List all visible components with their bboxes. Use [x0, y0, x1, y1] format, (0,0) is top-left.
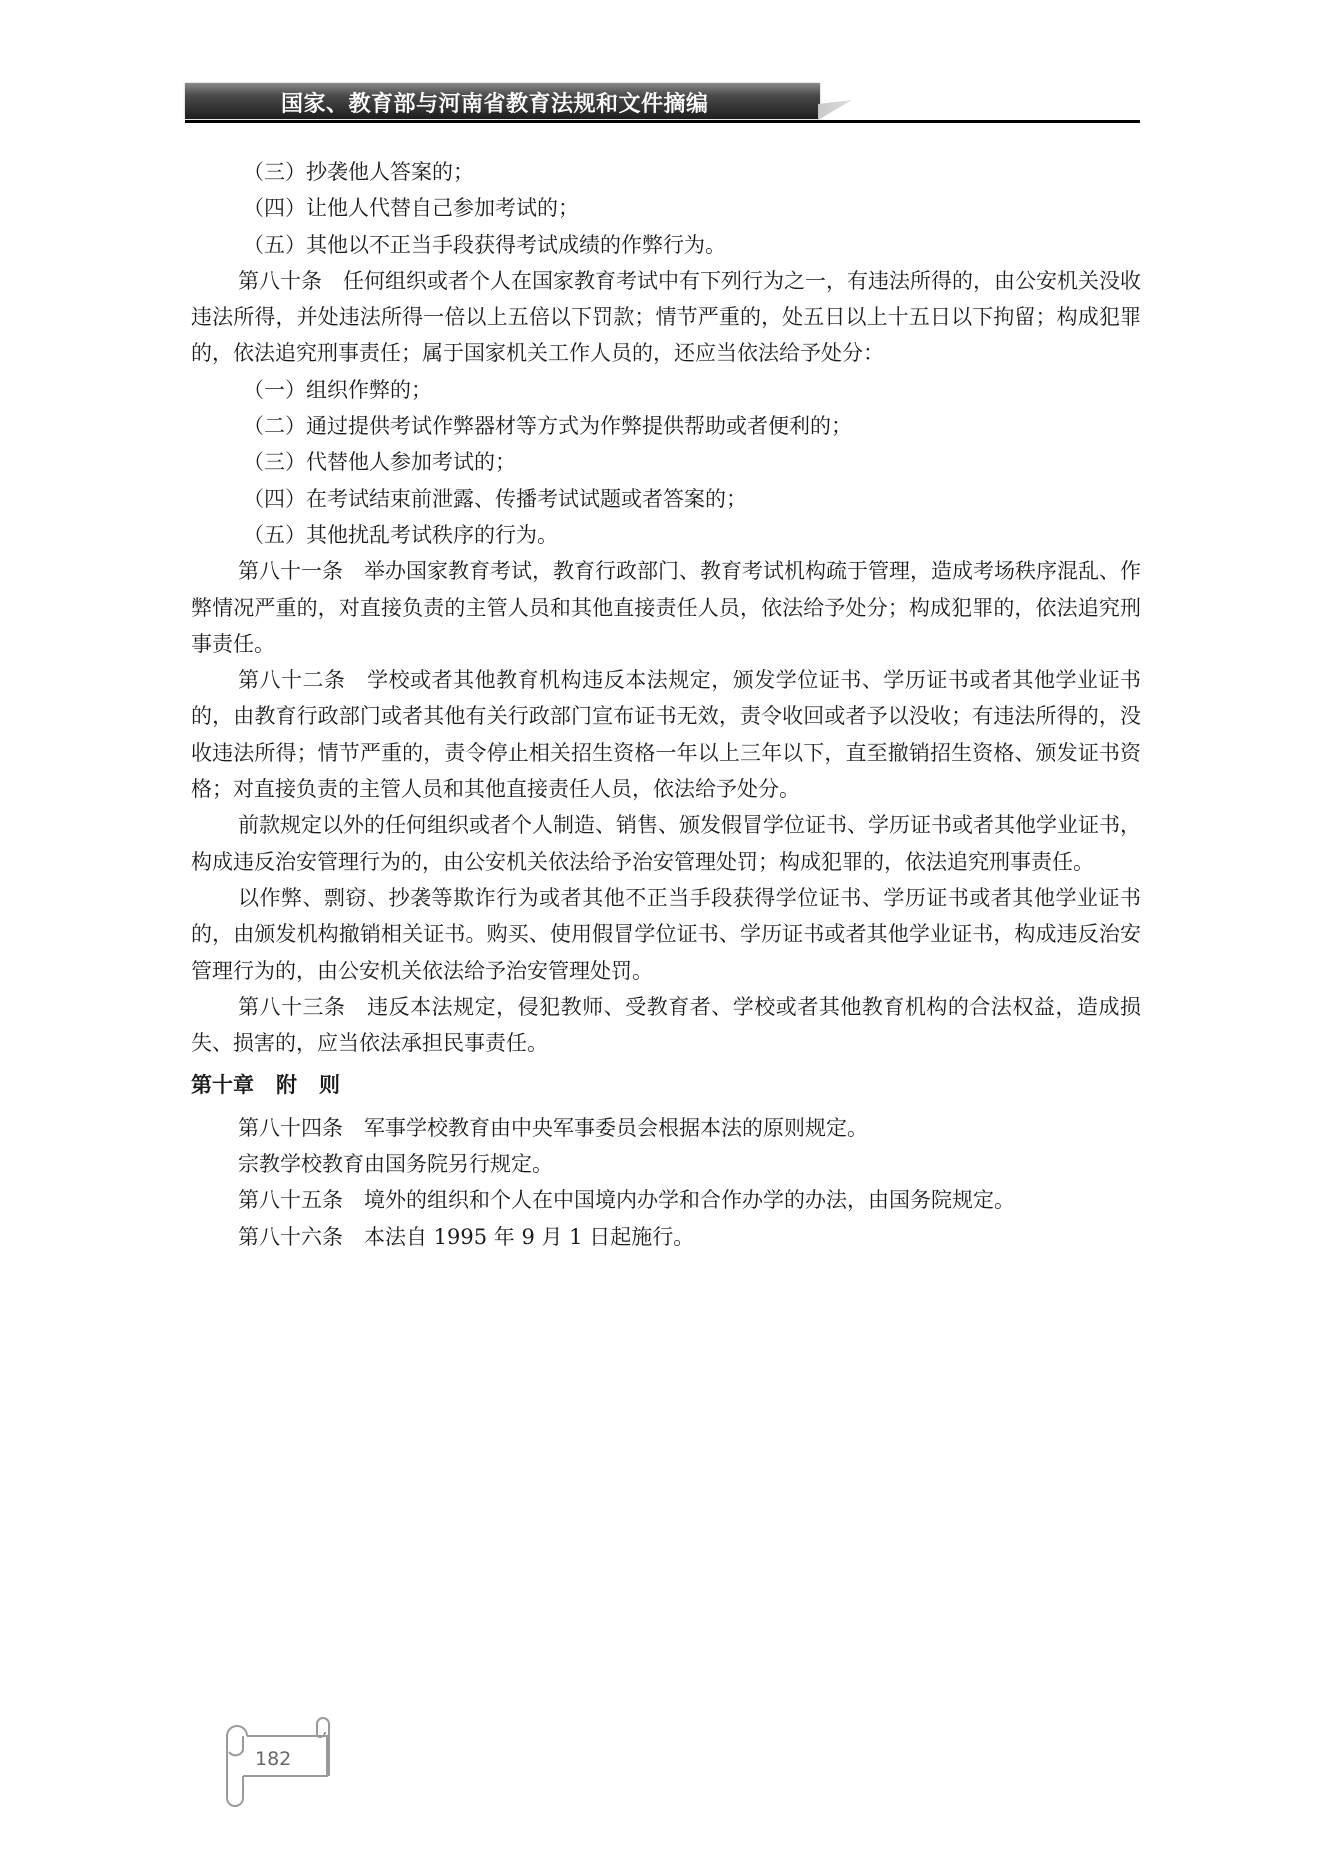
list-item: （五）其他扰乱考试秩序的行为。 — [191, 517, 1141, 553]
article-label: 第八十四条 — [238, 1116, 343, 1140]
article-label: 第八十二条 — [238, 668, 346, 692]
chapter-title-part: 附 — [276, 1072, 297, 1097]
page-body: （三）抄袭他人答案的； （四）让他人代替自己参加考试的； （五）其他以不正当手段… — [191, 154, 1141, 1255]
paragraph: 宗教学校教育由国务院另行规定。 — [191, 1146, 1141, 1182]
list-item: （三）抄袭他人答案的； — [191, 154, 1141, 190]
chapter-title-part: 则 — [319, 1072, 340, 1097]
list-item: （二）通过提供考试作弊器材等方式为作弊提供帮助或者便利的； — [191, 408, 1141, 444]
article-label: 第八十一条 — [238, 559, 343, 583]
list-item: （三）代替他人参加考试的； — [191, 444, 1141, 480]
article-text: 任何组织或者个人在国家教育考试中有下列行为之一，有违法所得的，由公安机关没收违法… — [191, 269, 1141, 366]
article-text: 军事学校教育由中央军事委员会根据本法的原则规定。 — [364, 1116, 868, 1140]
list-item: （一）组织作弊的； — [191, 372, 1141, 408]
header-rule — [185, 120, 1140, 123]
article-83: 第八十三条 违反本法规定，侵犯教师、受教育者、学校或者其他教育机构的合法权益，造… — [191, 989, 1141, 1062]
article-label: 第八十三条 — [238, 995, 346, 1019]
article-label: 第八十六条 — [238, 1225, 343, 1249]
running-header-title: 国家、教育部与河南省教育法规和文件摘编 — [281, 87, 709, 118]
chapter-label: 第十章 — [191, 1072, 254, 1097]
article-81: 第八十一条 举办国家教育考试，教育行政部门、教育考试机构疏于管理，造成考场秩序混… — [191, 553, 1141, 662]
article-80: 第八十条 任何组织或者个人在国家教育考试中有下列行为之一，有违法所得的，由公安机… — [191, 263, 1141, 372]
header-banner-tail — [818, 100, 852, 120]
article-text: 本法自 1995 年 9 月 1 日起施行。 — [364, 1225, 694, 1249]
running-header-banner: 国家、教育部与河南省教育法规和文件摘编 — [185, 83, 820, 119]
article-82: 第八十二条 学校或者其他教育机构违反本法规定，颁发学位证书、学历证书或者其他学业… — [191, 662, 1141, 807]
list-item: （四）让他人代替自己参加考试的； — [191, 190, 1141, 226]
paragraph: 前款规定以外的任何组织或者个人制造、销售、颁发假冒学位证书、学历证书或者其他学业… — [191, 807, 1141, 880]
paragraph: 以作弊、剽窃、抄袭等欺诈行为或者其他不正当手段获得学位证书、学历证书或者其他学业… — [191, 880, 1141, 989]
list-item: （四）在考试结束前泄露、传播考试试题或者答案的； — [191, 481, 1141, 517]
article-label: 第八十条 — [238, 269, 322, 293]
article-85: 第八十五条 境外的组织和个人在中国境内办学和合作办学的办法，由国务院规定。 — [191, 1182, 1141, 1218]
list-item: （五）其他以不正当手段获得考试成绩的作弊行为。 — [191, 227, 1141, 263]
article-84: 第八十四条 军事学校教育由中央军事委员会根据本法的原则规定。 — [191, 1110, 1141, 1146]
page-number: 182 — [255, 1748, 291, 1770]
article-text: 境外的组织和个人在中国境内办学和合作办学的办法，由国务院规定。 — [364, 1188, 1015, 1212]
article-86: 第八十六条 本法自 1995 年 9 月 1 日起施行。 — [191, 1219, 1141, 1255]
chapter-heading: 第十章附则 — [191, 1067, 1141, 1103]
article-label: 第八十五条 — [238, 1188, 343, 1212]
